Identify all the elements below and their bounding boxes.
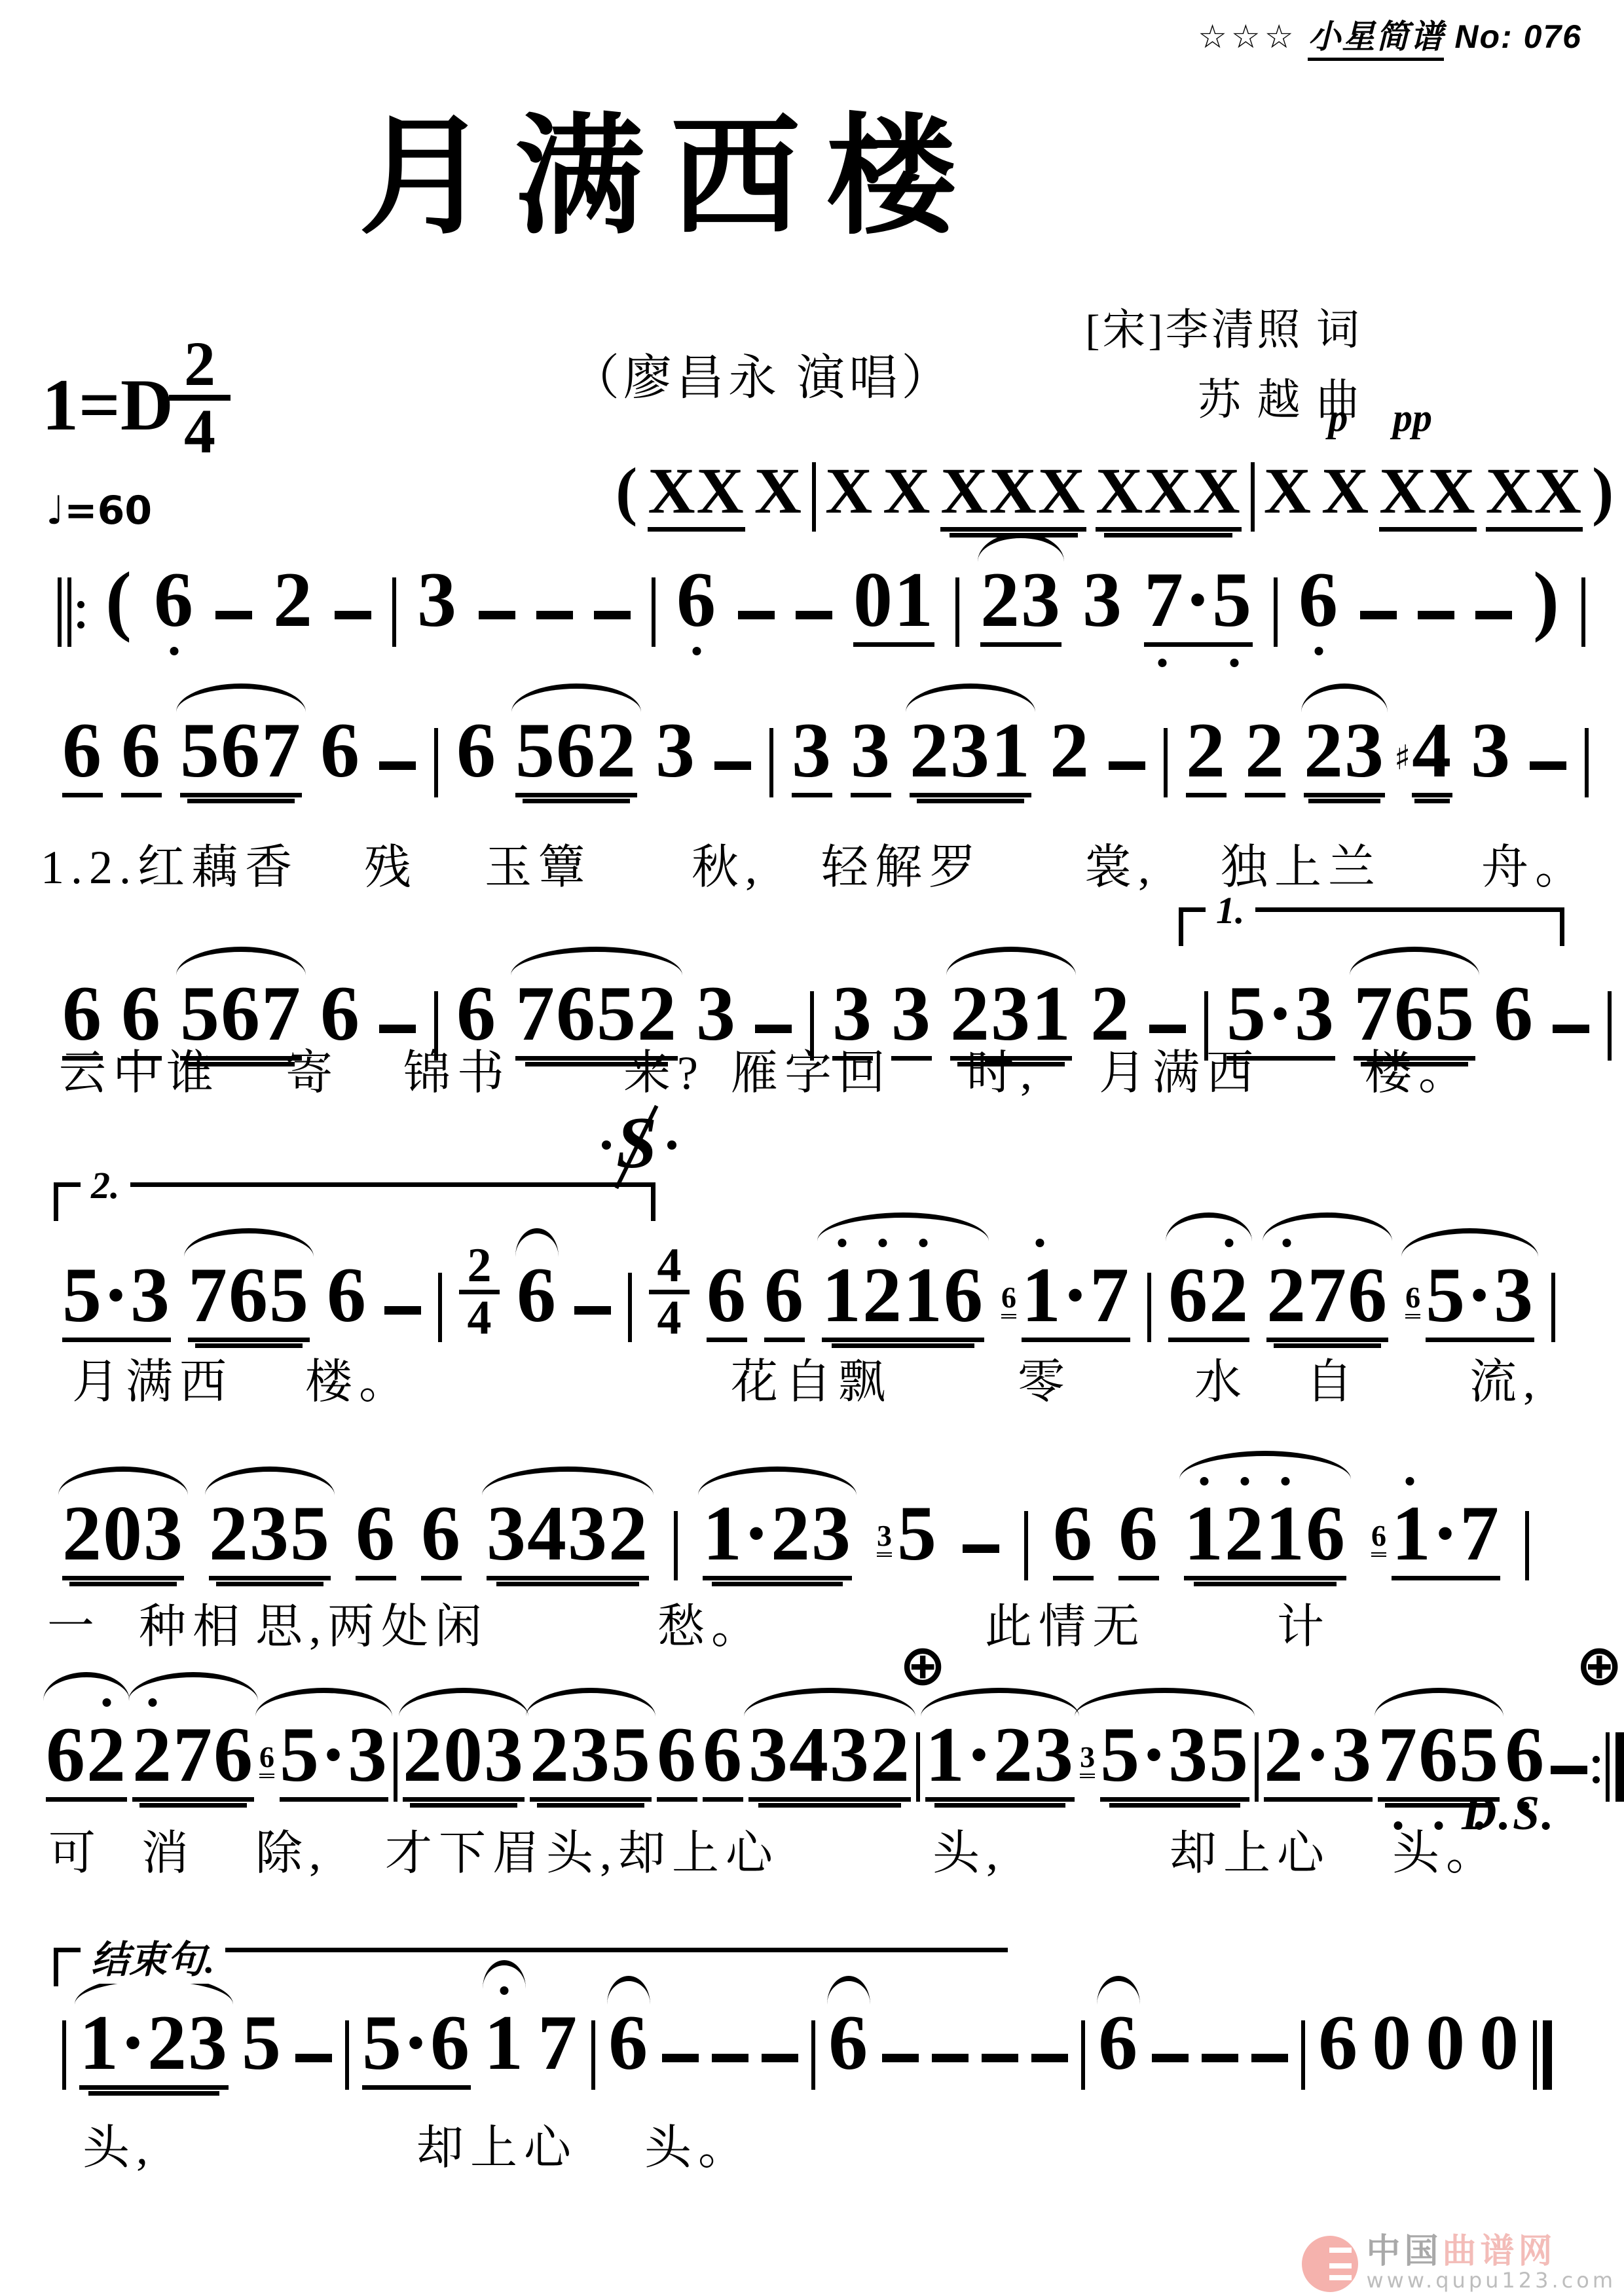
dash-note: [1152, 2054, 1189, 2062]
grace-note: 6: [259, 1742, 274, 1778]
repeat-bar: [58, 577, 84, 647]
slur-arc: [482, 1467, 654, 1495]
inline-time-signature: 24: [459, 1244, 500, 1339]
note: 65·3: [1405, 1256, 1534, 1342]
slur-arc: [817, 1212, 989, 1241]
slur-arc: [399, 1688, 528, 1717]
tempo-marking: ♩=60: [46, 488, 152, 534]
dash-note: [536, 611, 573, 619]
lyric-segment: 残: [364, 829, 418, 897]
note: 7: [538, 2003, 578, 2090]
bar-line: [652, 577, 655, 647]
slur-arc: [1301, 683, 1387, 712]
note: 6: [327, 1256, 367, 1342]
time-bottom: 4: [184, 403, 215, 460]
credits: [宋]李清照 词 苏 越 曲: [1086, 296, 1362, 436]
volta-label: 结束句.: [81, 1929, 225, 1984]
note: 1·23: [703, 1494, 852, 1580]
bar-line: [438, 1273, 442, 1342]
slur-arc: [1401, 1228, 1538, 1257]
lyric-segment: 思,两处闲: [255, 1588, 489, 1656]
volta-label: 1.: [1206, 888, 1255, 932]
dash-note: [574, 1306, 611, 1315]
watermark-site-name: 中国曲谱网: [1366, 2234, 1556, 2270]
note: X: [825, 458, 874, 532]
note: 5·3: [62, 1256, 171, 1342]
note: 7·5: [1144, 560, 1253, 647]
lyric-segment: 消: [141, 1815, 195, 1883]
music-line-intro: (6236012337·56): [58, 560, 1585, 647]
dash-note: [594, 611, 631, 619]
slur-arc: [1350, 947, 1479, 975]
performer: （廖昌永 演唱）: [571, 339, 954, 409]
slur-arc: [515, 1228, 559, 1257]
note: (: [616, 458, 638, 532]
time-bottom: 4: [657, 1296, 682, 1340]
slur-arc: [58, 1467, 187, 1495]
dash-note: [379, 761, 416, 770]
note: 6: [1118, 1494, 1159, 1580]
dynamic-marking: pp: [1393, 398, 1432, 437]
note: XXpp: [1379, 458, 1476, 532]
slur-arc: [184, 1228, 313, 1257]
lyric-segment: 计: [1277, 1588, 1331, 1656]
lyric-segment: 楼。: [305, 1343, 413, 1412]
note: 3: [851, 711, 891, 797]
note: 3432: [748, 1715, 911, 1802]
dash-note: [379, 1025, 416, 1033]
octave-dot-low: [692, 647, 701, 655]
bar-line: [1251, 462, 1255, 532]
note: 61·7: [1371, 1494, 1500, 1580]
note: ): [1533, 560, 1560, 647]
dash-note: [1530, 761, 1566, 770]
slur-arc: [1179, 1451, 1352, 1480]
dynamic-marking: p: [1328, 398, 1348, 437]
repeat-dots-icon: [1593, 1756, 1600, 1783]
note: 62: [1168, 1256, 1249, 1342]
dash-note: [796, 611, 832, 619]
note: 6: [421, 1494, 462, 1580]
bar-line: [674, 1511, 678, 1580]
lyric-segment: 愁。: [657, 1588, 765, 1656]
note: 1216: [1184, 1494, 1346, 1580]
lyric-segment: 却上心: [416, 2109, 578, 2178]
note: 23: [1304, 711, 1385, 797]
rest-note: 0: [1479, 2003, 1520, 2090]
note: 3: [1082, 560, 1123, 647]
note: 6: [657, 1715, 697, 1802]
note: 3: [792, 711, 832, 797]
bar-line: [1147, 1273, 1151, 1342]
octave-dot-high: [1035, 1239, 1044, 1247]
note: 2: [1186, 711, 1227, 797]
grace-note: 3: [877, 1521, 892, 1557]
lyric-segment: 花自飘: [731, 1343, 892, 1412]
note: 1216: [822, 1256, 984, 1342]
octave-dot-low: [1315, 647, 1323, 655]
note: 6: [456, 711, 497, 797]
note: XX: [648, 458, 745, 532]
note: 5·6: [362, 2003, 471, 2090]
bar-line: [62, 2020, 66, 2090]
repeat-bar: [1533, 2020, 1552, 2090]
bar-line: [434, 728, 438, 797]
note: 35: [877, 1494, 938, 1580]
lyric-segment: 锦书: [403, 1034, 511, 1102]
bar-line: [812, 462, 816, 532]
slur-arc: [43, 1672, 129, 1701]
note: 23: [980, 560, 1061, 647]
lyric-segment: 月满西: [1099, 1034, 1260, 1102]
lyric-segment: 头,: [83, 2109, 155, 2178]
lyric-line: 可消除,才下眉头,却上心头,却上心头。: [0, 1815, 1624, 1878]
bar-line: [955, 577, 959, 647]
dash-note: [1149, 1025, 1186, 1033]
dash-note: [755, 1025, 792, 1033]
dash-note: [335, 611, 371, 619]
lyric-segment: 一: [47, 1588, 101, 1656]
slur-arc: [1263, 1212, 1392, 1241]
lyric-segment: 此情无: [985, 1588, 1146, 1656]
note: 562: [515, 711, 637, 797]
note: 235: [530, 1715, 652, 1802]
watermark: 中国曲谱网 www.qupu123.com: [1302, 2234, 1616, 2292]
note: 765: [188, 1256, 310, 1342]
bar-line: [1525, 1511, 1529, 1580]
note: 6: [1098, 2003, 1139, 2090]
slur-arc: [128, 1672, 257, 1701]
note: (: [105, 560, 133, 647]
lyric-segment: 秋,: [692, 829, 764, 897]
dash-note: [1418, 611, 1454, 619]
note: 1·23: [925, 1715, 1075, 1802]
volta-bracket: 2.: [54, 1182, 655, 1221]
lyric-line: 云中谁寄锦书来?雁字回时,月满西楼。: [0, 1034, 1624, 1097]
note: 65·3: [259, 1715, 388, 1802]
slur-arc: [1166, 1212, 1251, 1241]
slur-arc: [176, 683, 305, 712]
lyric-segment: 可: [48, 1815, 102, 1883]
lyric-line: 头,却上心头。: [0, 2109, 1624, 2172]
lyric-segment: 水: [1194, 1343, 1248, 1412]
slur-arc: [176, 947, 305, 975]
octave-dot-low: [170, 647, 178, 655]
brand-name: 小星简谱: [1308, 18, 1444, 61]
note: 6: [828, 2003, 869, 2090]
note: 2: [273, 560, 314, 647]
volta-bracket: 1.: [1179, 907, 1564, 946]
note: 6: [1053, 1494, 1094, 1580]
note: 6: [764, 1256, 805, 1342]
note: 6: [121, 711, 162, 797]
dash-note: [1109, 761, 1145, 770]
note: X: [1264, 458, 1312, 532]
brand-header: ☆☆☆ 小星简谱 No: 076: [1198, 10, 1582, 58]
dash-note: [662, 2054, 699, 2062]
music-line-chorus2: 6227665·3203235663432⊕1·2335·352·37656⊕: [46, 1715, 1624, 1802]
note: X: [883, 458, 931, 532]
note: XX: [1486, 458, 1583, 532]
note: 61·7: [1001, 1256, 1130, 1342]
slur-arc: [255, 1688, 392, 1717]
music-line-chorus1: 2032356634321·233566121661·7: [62, 1494, 1529, 1580]
inline-time-signature: 44: [649, 1244, 690, 1339]
slur-arc: [511, 947, 683, 975]
lyric-segment: 独上兰: [1221, 829, 1382, 897]
music-line-bridge: 5·376562464466121661·76227665·3: [62, 1244, 1555, 1342]
watermark-logo-icon: [1302, 2236, 1358, 2292]
bar-line: [1024, 1511, 1028, 1580]
dash-note: [762, 2054, 798, 2062]
bar-line: [1581, 577, 1585, 647]
brand-stars-icon: ☆☆☆: [1198, 18, 1297, 55]
bar-line: [1164, 728, 1168, 797]
dash-note: [215, 611, 252, 619]
dash-note: [295, 2054, 332, 2062]
bar-line: [591, 2020, 595, 2090]
time-bottom: 4: [468, 1296, 492, 1340]
note: ): [1592, 458, 1615, 532]
dash-note: [1202, 2054, 1238, 2062]
key-signature: 1=D: [42, 363, 174, 448]
slur-arc: [906, 683, 1035, 712]
lyric-segment: 云中谁: [59, 1034, 220, 1102]
note: 6: [1318, 2003, 1359, 2090]
time-top: 2: [468, 1244, 492, 1288]
dash-note: [738, 611, 775, 619]
dash-note: [1251, 2054, 1288, 2062]
dash-note: [712, 2054, 748, 2062]
note: ♯4: [1394, 711, 1452, 797]
note: 3: [655, 711, 696, 797]
rest-note: 0: [1372, 2003, 1412, 2090]
note: 2·3: [1264, 1715, 1373, 1802]
lyric-line: 月满西楼。花自飘零水自流,: [0, 1343, 1624, 1406]
time-top: 2: [184, 335, 215, 393]
bar-line: [345, 2020, 349, 2090]
slur-arc: [744, 1688, 916, 1717]
lyric-segment: 零: [1018, 1343, 1071, 1412]
note: X: [754, 458, 803, 532]
dash-note: [982, 2054, 1018, 2062]
dash-note: [1031, 2054, 1068, 2062]
lyric-segment: 裳,: [1084, 829, 1156, 897]
bar-line: [811, 2020, 815, 2090]
bar-line: ⊕: [916, 1732, 920, 1802]
music-line-ending: 1·2355·6176666000: [62, 2003, 1552, 2090]
note: 6: [608, 2003, 649, 2090]
lyric-line: 一种相思,两处闲愁。此情无计: [0, 1588, 1624, 1651]
note: 276: [132, 1715, 254, 1802]
volta-bracket: 结束句.: [54, 1948, 1008, 1986]
lyric-segment: 除,: [255, 1815, 327, 1883]
bar-line: [628, 1273, 632, 1342]
time-signature: 2 4: [169, 335, 231, 461]
note: 6: [517, 1256, 557, 1342]
dash-note: [384, 1306, 421, 1315]
composer: 苏 越 曲: [1086, 366, 1362, 436]
bar-line: [392, 577, 396, 647]
lyric-segment: 却上心: [1170, 1815, 1331, 1883]
repeat-bar: ⊕: [1593, 1732, 1624, 1802]
lyricist: [宋]李清照 词: [1086, 296, 1362, 366]
note: 6: [320, 711, 361, 797]
lyric-segment: 楼。: [1365, 1034, 1472, 1102]
grace-note: 6: [1405, 1283, 1420, 1319]
lyric-segment: 时,: [967, 1034, 1039, 1102]
bar-line: [394, 1732, 397, 1802]
lyric-segment: 流,: [1469, 1343, 1541, 1412]
watermark-url: www.qupu123.com: [1366, 2270, 1616, 2292]
lyric-segment: 头,: [932, 1815, 1005, 1883]
dash-note: [1553, 1025, 1589, 1033]
note: 2: [1245, 711, 1285, 797]
note: 5: [242, 2003, 282, 2090]
bar-line: [1274, 577, 1278, 647]
sharp-icon: ♯: [1394, 741, 1411, 775]
slur-arc: [526, 1688, 655, 1717]
bar-line: [1585, 728, 1589, 797]
note: 35·35: [1080, 1715, 1249, 1802]
dash-note: [479, 611, 515, 619]
dal-segno-label: D.S.: [1462, 1786, 1556, 1842]
repeat-dots-icon: [77, 601, 84, 629]
lyric-segment: 种相: [139, 1588, 246, 1656]
grace-note: 6: [1001, 1283, 1016, 1319]
lyric-line: 1.2.红藕香残玉簟秋,轻解罗裳,独上兰舟。: [0, 829, 1624, 892]
note: 62: [46, 1715, 127, 1802]
note: 6: [676, 560, 717, 647]
time-top: 4: [657, 1244, 682, 1288]
note: 3: [417, 560, 458, 647]
dash-note: [932, 2054, 969, 2062]
note: 6: [62, 711, 103, 797]
dash-note: [963, 1544, 999, 1553]
rest-note: 0: [1426, 2003, 1466, 2090]
dash-note: [882, 2054, 919, 2062]
bar-line: [769, 728, 773, 797]
lyric-segment: 玉簟: [485, 829, 592, 897]
dash-note: [1360, 611, 1397, 619]
note: 01: [853, 560, 934, 647]
music-line-verse1: 665676656233323122223♯43: [62, 711, 1589, 797]
slur-arc: [1097, 1976, 1140, 2005]
segno-icon: S: [606, 1106, 669, 1192]
bar-line: [1301, 2020, 1305, 2090]
bar-line: [1081, 2020, 1085, 2090]
note: 6: [356, 1494, 396, 1580]
dash-note: [1551, 1766, 1587, 1774]
note: 6: [707, 1256, 747, 1342]
note: 6: [154, 560, 194, 647]
lyric-segment: 1.2.红藕香: [41, 829, 299, 897]
slur-arc: [1375, 1688, 1504, 1717]
slur-arc: [698, 1467, 857, 1495]
lyric-segment: 自: [1306, 1343, 1359, 1412]
note: 235: [209, 1494, 331, 1580]
brand-number: No: 076: [1454, 18, 1582, 55]
lyric-segment: 雁字回: [731, 1034, 892, 1102]
bar-line: [1255, 1732, 1259, 1802]
note: 203: [403, 1715, 525, 1802]
octave-dot-low: [1230, 659, 1239, 667]
grace-note: 6: [1371, 1521, 1386, 1557]
slur-arc: [205, 1467, 334, 1495]
dash-note: [714, 761, 751, 770]
note: 6: [1299, 560, 1339, 647]
note: 203: [62, 1494, 184, 1580]
slur-arc: [511, 683, 640, 712]
lyric-segment: 头。: [644, 2109, 752, 2178]
lyric-segment: 月满西: [72, 1343, 233, 1412]
lyric-segment: 来?: [623, 1034, 705, 1102]
note: XXX: [940, 458, 1086, 532]
note: 231: [910, 711, 1031, 797]
grace-note: 3: [1080, 1742, 1095, 1778]
lyric-segment: 舟。: [1481, 829, 1589, 897]
octave-dot-high: [1405, 1477, 1414, 1485]
slur-arc: [946, 947, 1075, 975]
note: 6: [703, 1715, 743, 1802]
note: 1: [484, 2003, 525, 2090]
note: Xp: [1321, 458, 1370, 532]
note: 3432: [487, 1494, 649, 1580]
sheet-page: ☆☆☆ 小星简谱 No: 076 月满西楼 1=D 2 4 ♩=60 （廖昌永 …: [0, 0, 1624, 2296]
note: 567: [180, 711, 302, 797]
note: 276: [1266, 1256, 1388, 1342]
slur-arc: [1075, 1688, 1255, 1717]
lyric-segment: 寄: [286, 1034, 339, 1102]
lyric-segment: 轻解罗: [821, 829, 982, 897]
note: 1·23: [79, 2003, 229, 2090]
volta-label: 2.: [81, 1163, 130, 1207]
bar-line: [1551, 1273, 1555, 1342]
lyric-segment: 才下眉头,却上心: [385, 1815, 779, 1883]
music-line-percussion: (XXXXXXXXXXXXXpXXppXX): [616, 458, 1624, 532]
dash-note: [1475, 611, 1512, 619]
note: XXX: [1096, 458, 1242, 532]
note: 3: [1471, 711, 1511, 797]
octave-dot-low: [1158, 659, 1166, 667]
note: 2: [1050, 711, 1090, 797]
song-title: 月满西楼: [359, 72, 982, 259]
